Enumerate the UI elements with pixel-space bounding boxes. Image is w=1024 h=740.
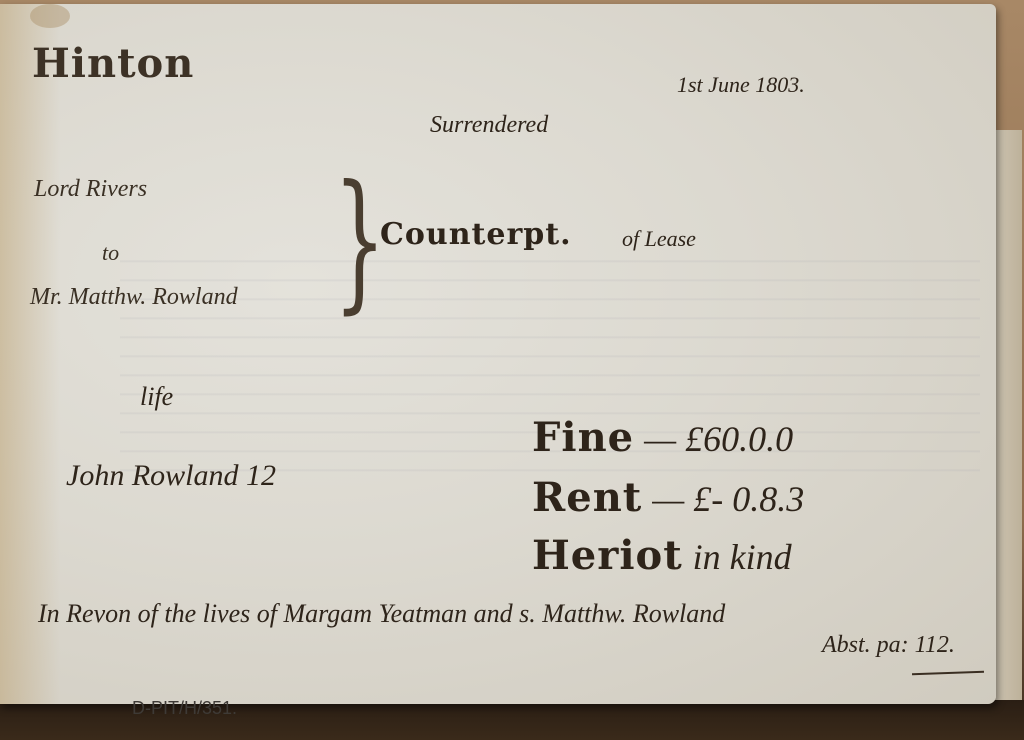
reversion-note: In Revon of the lives of Margam Yeatman … <box>38 599 725 629</box>
folio-underline <box>912 671 984 676</box>
life-holder-name: John Rowland 12 <box>66 459 276 493</box>
document-date: 1st June 1803. <box>677 72 805 98</box>
party-connector: to <box>102 240 119 266</box>
term-label: Fine <box>532 414 634 461</box>
term-heriot: Heriot in kind <box>532 532 792 579</box>
grantor-name: Lord Rivers <box>34 176 147 203</box>
document-type-suffix: of Lease <box>622 226 696 252</box>
lives-label: life <box>140 382 173 412</box>
status-annotation: Surrendered <box>430 112 548 139</box>
corner-stain-spot <box>30 4 70 28</box>
abstract-folio: Abst. pa: 112. <box>822 632 955 659</box>
lease-counterpart-document: Hinton 1st June 1803. Surrendered Lord R… <box>0 4 996 704</box>
photo-scene: Hinton 1st June 1803. Surrendered Lord R… <box>0 0 1024 740</box>
term-value: — £- 0.8.3 <box>652 479 804 519</box>
document-type-title: Counterpt. <box>380 217 572 252</box>
curly-brace-icon: } <box>333 166 385 316</box>
term-label: Rent <box>532 474 642 521</box>
archive-reference: D-PIT/H/351. <box>132 698 237 719</box>
term-rent: Rent — £- 0.8.3 <box>532 474 804 521</box>
grantee-name: Mr. Matthw. Rowland <box>30 284 238 311</box>
place-heading: Hinton <box>32 40 194 87</box>
term-value: — £60.0.0 <box>644 419 793 459</box>
term-label: Heriot <box>532 532 683 579</box>
term-value: in kind <box>693 537 792 577</box>
term-fine: Fine — £60.0.0 <box>532 414 793 461</box>
